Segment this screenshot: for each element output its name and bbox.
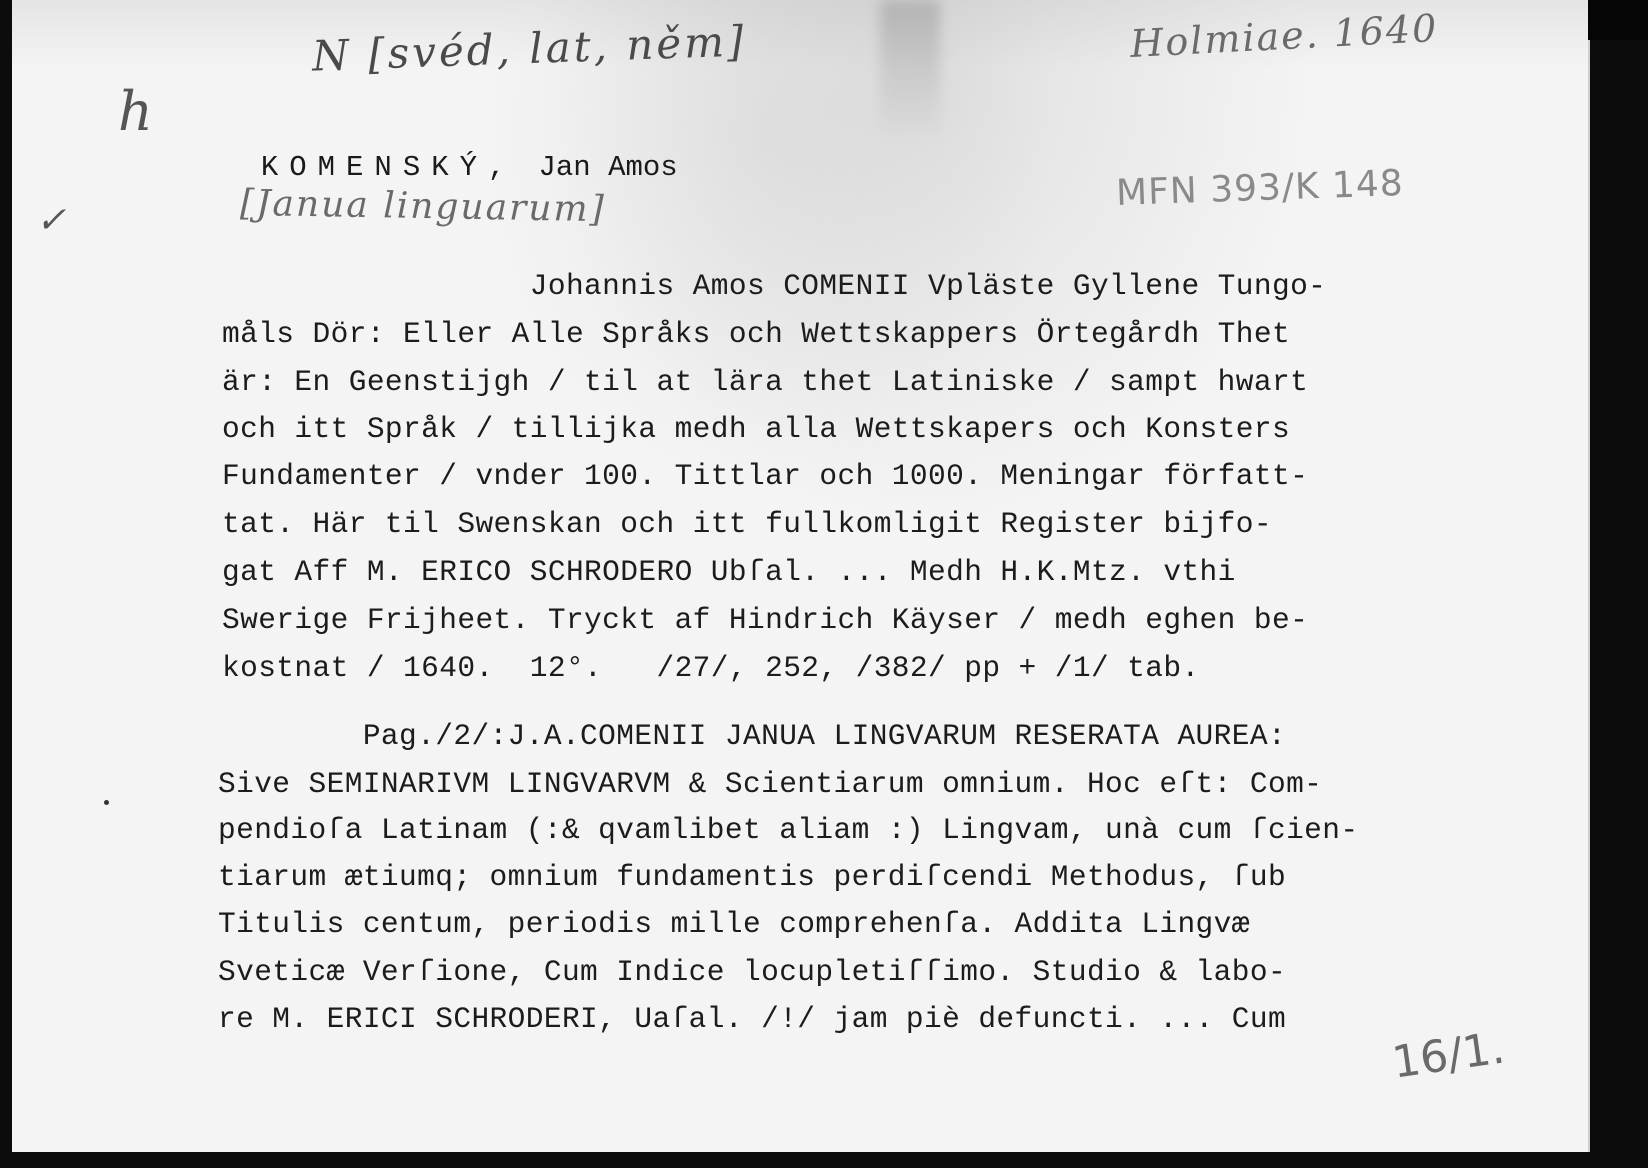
note-line: pendioſa Latinam (:& qvamlibet aliam :) …: [218, 806, 1358, 854]
description-line: måls Dör: Eller Alle Språks och Wettskap…: [222, 310, 1290, 358]
description-line: Johannis Amos COMENII Vpläste Gyllene Tu…: [222, 262, 1326, 310]
note-line: tiarum ætiumq; omnium fundamentis perdiſ…: [218, 853, 1286, 901]
collation-line: kostnat / 1640. 12°. /27/, 252, /382/ pp…: [222, 644, 1200, 692]
description-line: gat Aff M. ERICO SCHRODERO Ubſal. ... Me…: [222, 548, 1236, 596]
description-line: Swerige Frijheet. Tryckt af Hindrich Käy…: [222, 596, 1308, 644]
note-line: Sive SEMINARIVM LINGVARVM & Scientiarum …: [218, 760, 1322, 808]
film-edge: [1588, 0, 1648, 40]
note-line: Pag./2/:J.A.COMENII JANUA LINGVARUM RESE…: [218, 712, 1286, 760]
paper-stain: [880, 0, 940, 140]
note-line: re M. ERICI SCHRODERI, Uaſal. /!/ jam pi…: [218, 995, 1286, 1043]
author-surname: KOMENSKÝ,: [261, 151, 517, 184]
description-line: Fundamenter / vnder 100. Tittlar och 100…: [222, 452, 1308, 500]
author-given-names: Jan Amos: [538, 151, 677, 184]
h-mark: h: [118, 80, 153, 143]
checkmark-icon: ✓: [36, 200, 66, 241]
uniform-title-note: [Janua linguarum]: [240, 183, 606, 230]
description-line: tat. Här til Swenskan och itt fullkomlig…: [222, 500, 1272, 548]
description-line: är: En Geenstijgh / til at lära thet Lat…: [222, 358, 1308, 406]
note-line: Titulis centum, periodis mille comprehen…: [218, 900, 1250, 948]
note-line: Sveticæ Verſione, Cum Indice locupletiſſ…: [218, 948, 1286, 996]
description-line: och itt Språk / tillijka medh alla Wetts…: [222, 405, 1290, 453]
author-heading: KOMENSKÝ,Jan Amos: [226, 118, 678, 184]
smudge-mark: [104, 800, 109, 805]
